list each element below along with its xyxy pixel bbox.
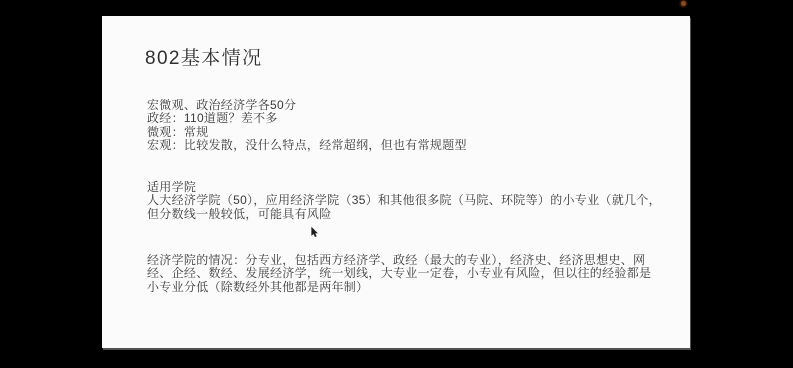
paragraph-economics-school-situation: 经济学院的情况：分专业，包括西方经济学、政经（最大的专业），经济史、经济思想史、… — [147, 254, 651, 294]
text-line: 小专业分低（除数经外其他都是两年制） — [147, 281, 651, 294]
text-line: 但分数线一般较低，可能具有风险 — [147, 208, 661, 221]
paragraph-applicable-schools: 适用学院 人大经济学院（50），应用经济学院（35）和其他很多院（马院、环院等）… — [147, 181, 661, 221]
text-line: 经、企经、数经、发展经济学，统一划线，大专业一定卷，小专业有风险，但以往的经验都… — [147, 267, 651, 280]
recording-indicator-dot — [681, 1, 686, 6]
text-line: 政经：110道题？差不多 — [147, 112, 467, 125]
presentation-slide: 802基本情况 宏微观、政治经济学各50分 政经：110道题？差不多 微观：常规… — [102, 16, 690, 348]
text-line: 人大经济学院（50），应用经济学院（35）和其他很多院（马院、环院等）的小专业（… — [147, 194, 661, 207]
paragraph-exam-overview: 宏微观、政治经济学各50分 政经：110道题？差不多 微观：常规 宏观：比较发散… — [147, 99, 467, 153]
video-frame: 802基本情况 宏微观、政治经济学各50分 政经：110道题？差不多 微观：常规… — [0, 0, 793, 368]
text-line: 宏观：比较发散，没什么特点，经常超纲，但也有常规题型 — [147, 139, 467, 152]
slide-title: 802基本情况 — [145, 49, 263, 70]
